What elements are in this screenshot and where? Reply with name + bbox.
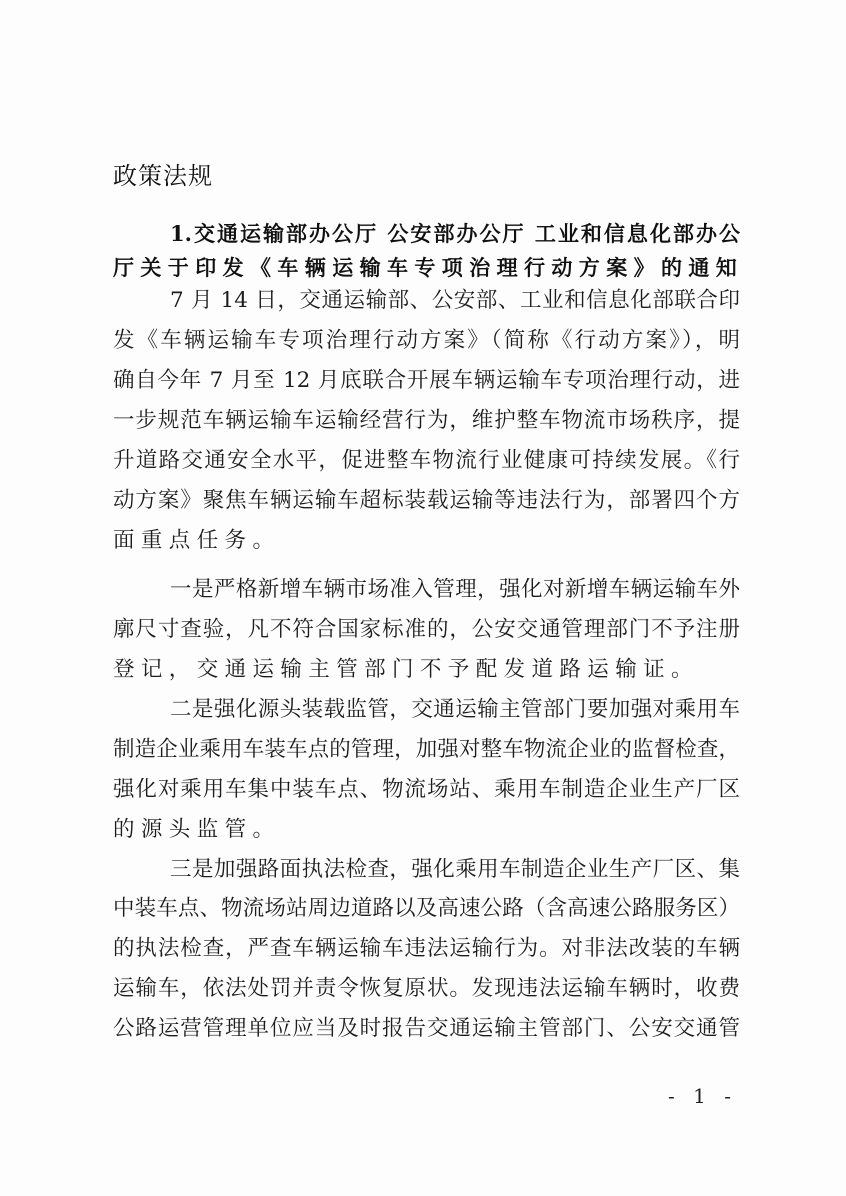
- paragraph-line: 中装车点、物流场站周边道路以及高速公路（含高速公路服务区）: [113, 889, 740, 929]
- paragraph-line: 面重点任务。: [113, 521, 740, 561]
- paragraph-line: 的执法检查，严查车辆运输车违法运输行为。对非法改装的车辆: [113, 929, 740, 969]
- page-number: - 1 -: [668, 1082, 728, 1110]
- paragraph-line: 升道路交通安全水平，促进整车物流行业健康可持续发展。《行: [113, 441, 740, 481]
- paragraph-line: 7 月 14 日，交通运输部、公安部、工业和信息化部联合印: [170, 281, 740, 321]
- paragraph-line: 三是加强路面执法检查，强化乘用车制造企业生产厂区、集: [170, 850, 740, 890]
- paragraph-line: 一步规范车辆运输车运输经营行为，维护整车物流市场秩序，提: [113, 401, 740, 441]
- paragraph-line: 制造企业乘用车装车点的管理，加强对整车物流企业的监督检查，: [113, 730, 740, 770]
- paragraph-line: 二是强化源头装载监管，交通运输主管部门要加强对乘用车: [170, 690, 740, 730]
- paragraph-line: 的源头监管。: [113, 810, 740, 850]
- paragraph-line: 登记，交通运输主管部门不予配发道路运输证。: [113, 650, 740, 690]
- section-title: 政策法规: [113, 160, 213, 192]
- paragraph-line: 发《车辆运输车专项治理行动方案》（简称《行动方案》），明: [113, 321, 740, 361]
- paragraph-line: 确自今年 7 月至 12 月底联合开展车辆运输车专项治理行动，进: [113, 361, 740, 401]
- paragraph-line: 动方案》聚焦车辆运输车超标装载运输等违法行为，部署四个方: [113, 481, 740, 521]
- paragraph-line: 廓尺寸查验，凡不符合国家标准的，公安交通管理部门不予注册: [113, 610, 740, 650]
- paragraph-line: 强化对乘用车集中装车点、物流场站、乘用车制造企业生产厂区: [113, 770, 740, 810]
- paragraph-line: 运输车，依法处罚并责令恢复原状。发现违法运输车辆时，收费: [113, 969, 740, 1009]
- paragraph-line: 公路运营管理单位应当及时报告交通运输主管部门、公安交通管: [113, 1009, 740, 1049]
- document-page: 政策法规 1.交通运输部办公厅 公安部办公厅 工业和信息化部办公 厅关于印发《车…: [0, 0, 846, 1196]
- paragraph-line: 一是严格新增车辆市场准入管理，强化对新增车辆运输车外: [170, 570, 740, 610]
